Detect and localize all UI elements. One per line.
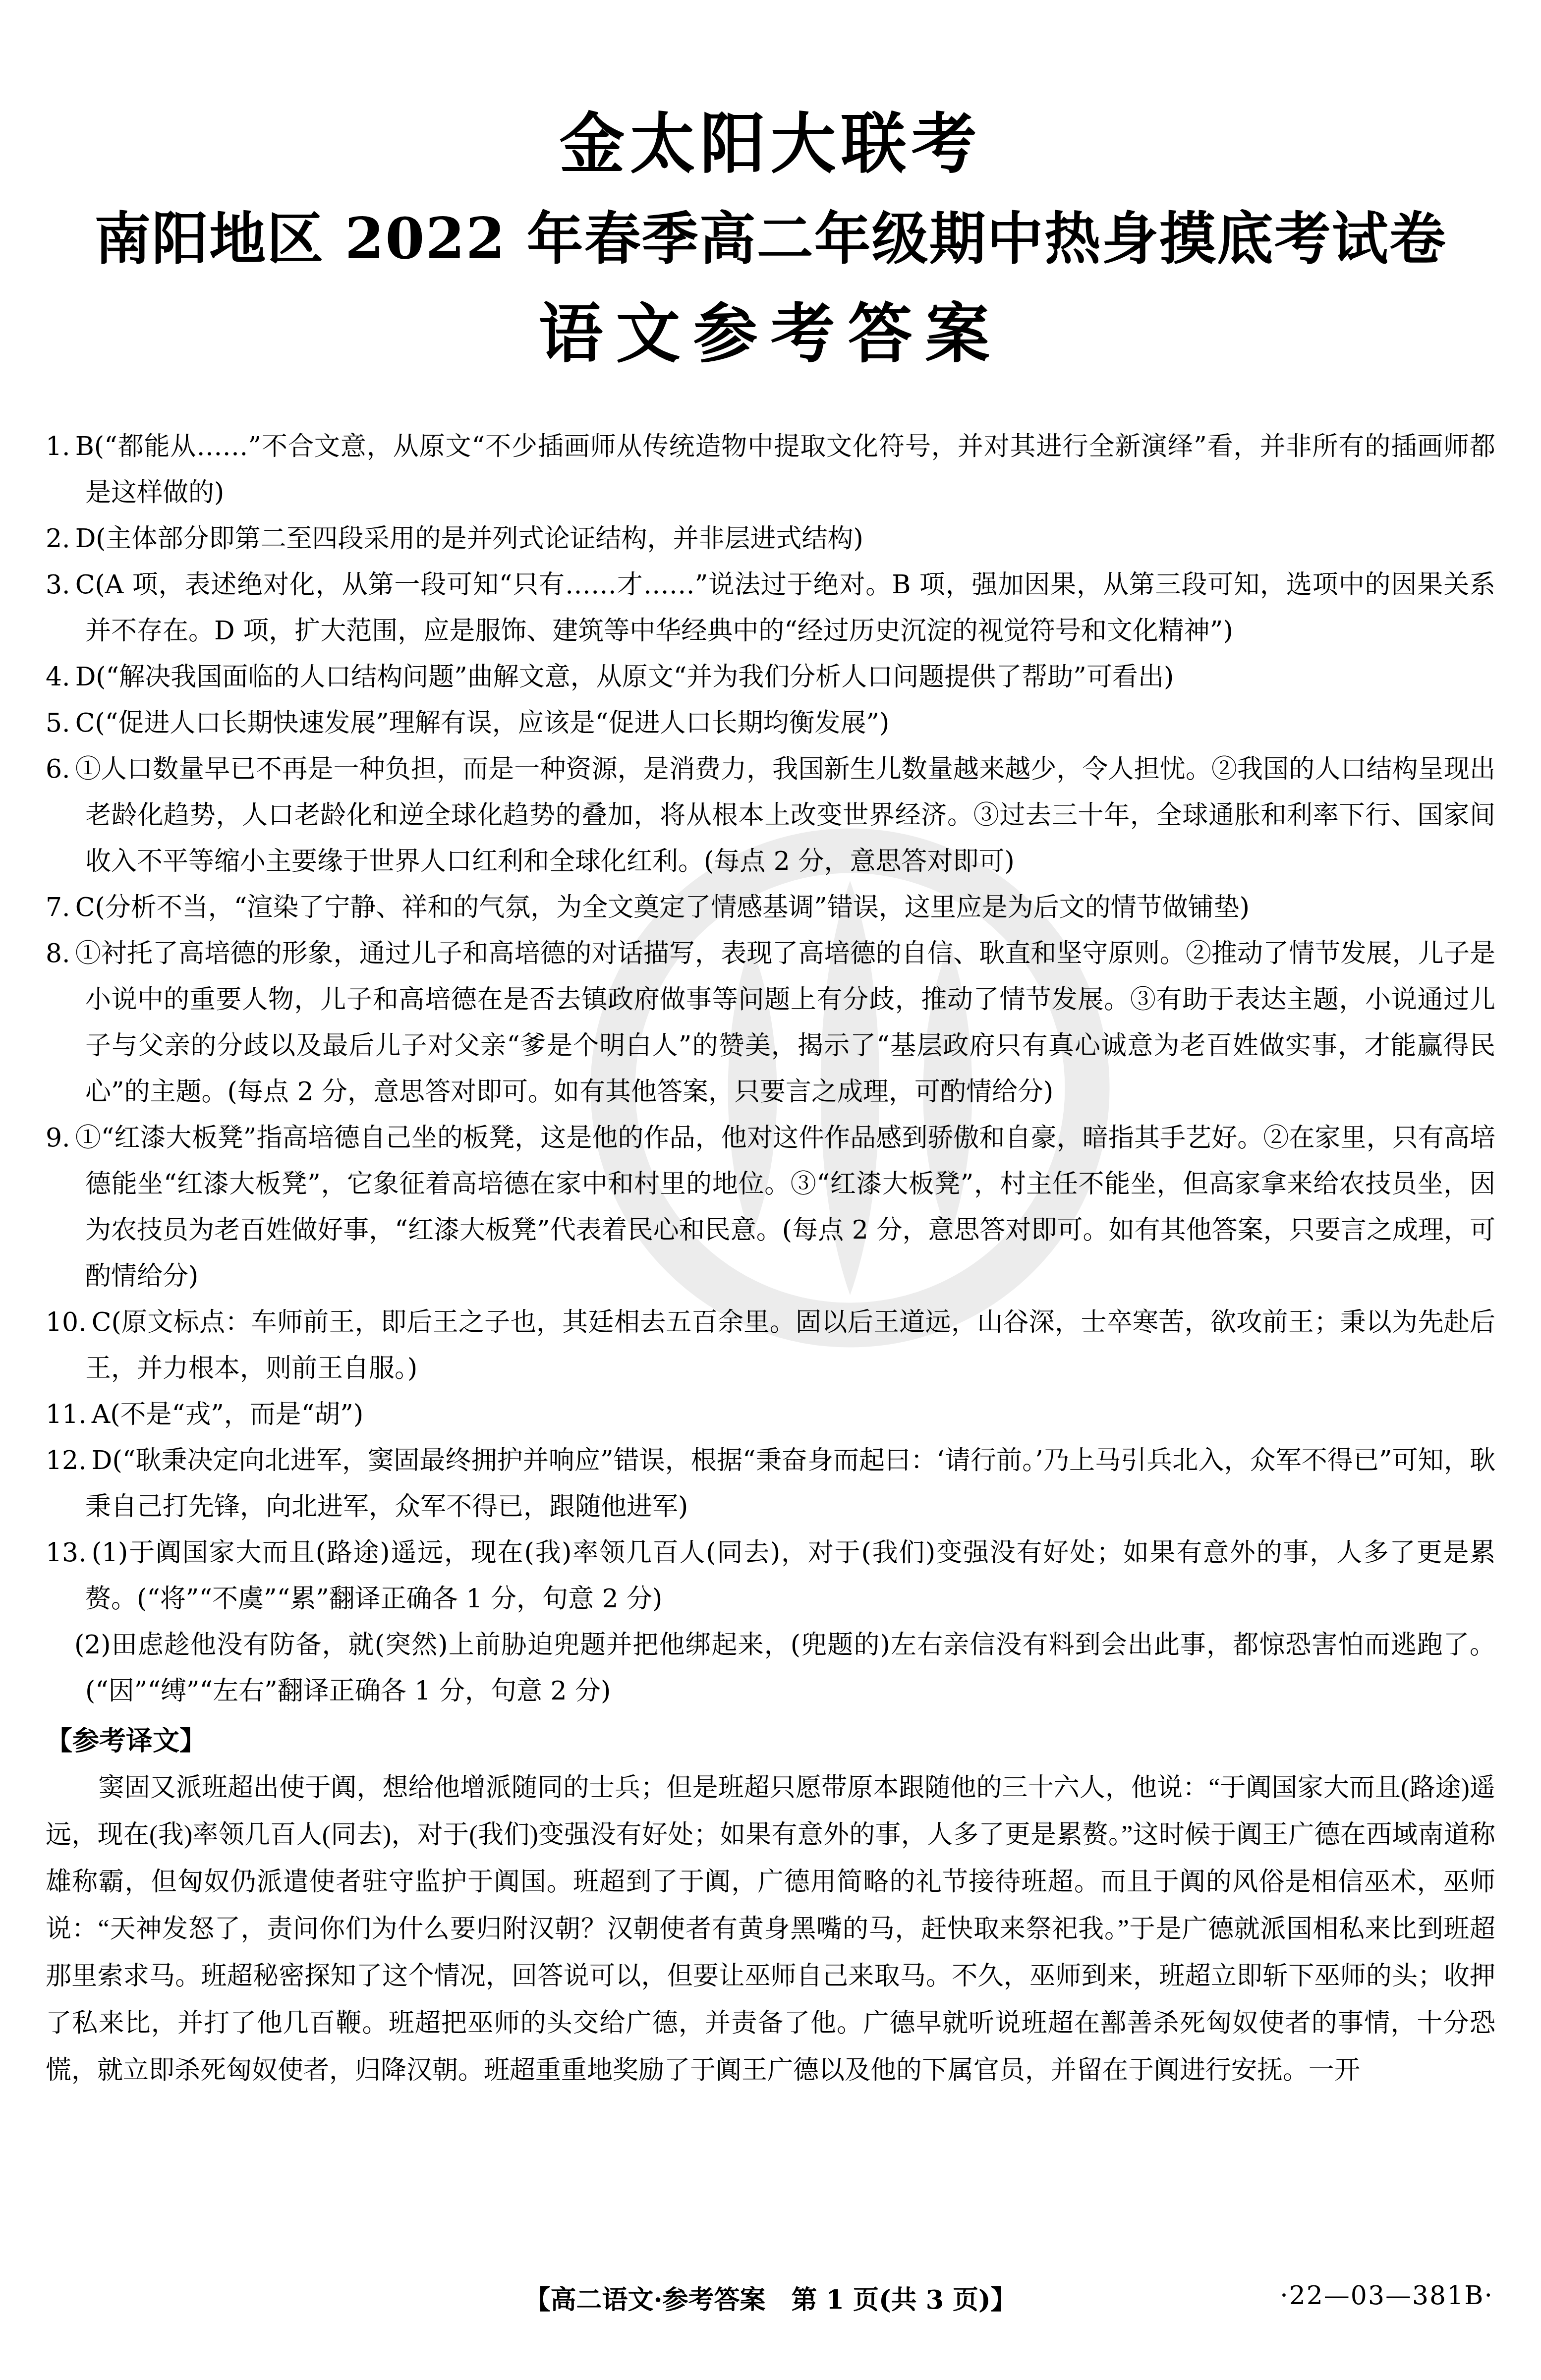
answer-number: 2. <box>46 524 75 554</box>
translation-paragraph: 窦固又派班超出使于阗，想给他增派随同的士兵；但是班超只愿带原本跟随他的三十六人，… <box>46 1764 1495 2094</box>
answer-text: C(原文标点：车师前王，即后王之子也，其廷相去五百余里。固以后王道远，山谷深，士… <box>85 1307 1495 1383</box>
answer-text: D(“解决我国面临的人口结构问题”曲解文意，从原文“并为我们分析人口问题提供了帮… <box>75 662 1174 692</box>
answer-item: 7.C(分析不当，“渲染了宁静、祥和的气氛，为全文奠定了情感基调”错误，这里应是… <box>46 885 1495 931</box>
answer-text: C(“促进人口长期快速发展”理解有误，应该是“促进人口长期均衡发展”) <box>75 708 890 738</box>
answer-item: 9.①“红漆大板凳”指高培德自己坐的板凳，这是他的作品，他对这件作品感到骄傲和自… <box>46 1115 1495 1300</box>
answer-item: 1.B(“都能从……”不合文意，从原文“不少插画师从传统造物中提取文化符号，并对… <box>46 424 1495 516</box>
answer-text: ①衬托了高培德的形象，通过儿子和高培德的对话描写，表现了高培德的自信、耿直和坚守… <box>75 939 1495 1107</box>
page-content: 金太阳大联考 南阳地区 2022 年春季高二年级期中热身摸底考试卷 语文参考答案… <box>0 0 1541 2094</box>
answer-item: 2.D(主体部分即第二至四段采用的是并列式论证结构，并非层进式结构) <box>46 516 1495 562</box>
answer-item: 3.C(A 项，表述绝对化，从第一段可知“只有……才……”说法过于绝对。B 项，… <box>46 562 1495 654</box>
answer-number: 6. <box>46 754 75 784</box>
translation-heading: 【参考译文】 <box>46 1717 1495 1764</box>
footer-page-info: 【高二语文·参考答案 第 1 页(共 3 页)】 <box>524 2279 1016 2316</box>
answer-text: C(A 项，表述绝对化，从第一段可知“只有……才……”说法过于绝对。B 项，强加… <box>75 570 1495 646</box>
answer-item: 12.D(“耿秉决定向北进军，窦固最终拥护并响应”错误，根据“秉奋身而起曰：‘请… <box>46 1438 1495 1530</box>
answer-text: ①人口数量早已不再是一种负担，而是一种资源，是消费力，我国新生儿数量越来越少，令… <box>75 754 1495 876</box>
answer-number: 12. <box>46 1446 92 1475</box>
brand-title: 金太阳大联考 <box>46 107 1495 182</box>
answer-text: D(“耿秉决定向北进军，窦固最终拥护并响应”错误，根据“秉奋身而起曰：‘请行前。… <box>85 1446 1495 1522</box>
answer-item: 6.①人口数量早已不再是一种负担，而是一种资源，是消费力，我国新生儿数量越来越少… <box>46 746 1495 885</box>
answer-item: 4.D(“解决我国面临的人口结构问题”曲解文意，从原文“并为我们分析人口问题提供… <box>46 654 1495 700</box>
title-block: 金太阳大联考 南阳地区 2022 年春季高二年级期中热身摸底考试卷 语文参考答案 <box>46 107 1495 370</box>
footer-code: ·22—03—381B· <box>1280 2281 1493 2311</box>
answer-number: 7. <box>46 893 75 922</box>
answer-number: 9. <box>46 1123 75 1153</box>
translation-section: 【参考译文】 窦固又派班超出使于阗，想给他增派随同的士兵；但是班超只愿带原本跟随… <box>46 1717 1495 2094</box>
answer-text: D(主体部分即第二至四段采用的是并列式论证结构，并非层进式结构) <box>75 524 863 554</box>
page-footer: 【高二语文·参考答案 第 1 页(共 3 页)】 ·22—03—381B· <box>0 2279 1541 2323</box>
exam-title: 南阳地区 2022 年春季高二年级期中热身摸底考试卷 <box>46 205 1495 273</box>
answer-number: 11. <box>46 1400 92 1429</box>
answer-number: 8. <box>46 939 75 968</box>
answer-text: A(不是“戎”，而是“胡”) <box>92 1400 363 1429</box>
answer-number: 4. <box>46 662 75 692</box>
answer-number: 5. <box>46 708 75 738</box>
answer-number: 3. <box>46 570 75 600</box>
answer-text: ①“红漆大板凳”指高培德自己坐的板凳，这是他的作品，他对这件作品感到骄傲和自豪，… <box>75 1123 1495 1291</box>
answer-sheet-page: 金太阳大联考 南阳地区 2022 年春季高二年级期中热身摸底考试卷 语文参考答案… <box>0 0 1541 2380</box>
answer-item: (2)田虑趁他没有防备，就(突然)上前胁迫兜题并把他绑起来，(兜题的)左右亲信没… <box>46 1622 1495 1714</box>
answer-item: 13.(1)于阗国家大而且(路途)遥远，现在(我)率领几百人(同去)，对于(我们… <box>46 1530 1495 1622</box>
answer-number: 10. <box>46 1307 92 1337</box>
answer-item: 10.C(原文标点：车师前王，即后王之子也，其廷相去五百余里。固以后王道远，山谷… <box>46 1300 1495 1392</box>
answer-item: 8.①衬托了高培德的形象，通过儿子和高培德的对话描写，表现了高培德的自信、耿直和… <box>46 931 1495 1115</box>
answer-number: 1. <box>46 432 75 461</box>
answer-item: 5.C(“促进人口长期快速发展”理解有误，应该是“促进人口长期均衡发展”) <box>46 700 1495 746</box>
answers-list: 1.B(“都能从……”不合文意，从原文“不少插画师从传统造物中提取文化符号，并对… <box>46 424 1495 1714</box>
answer-text: (1)于阗国家大而且(路途)遥远，现在(我)率领几百人(同去)，对于(我们)变强… <box>85 1538 1495 1614</box>
answer-item: 11.A(不是“戎”，而是“胡”) <box>46 1392 1495 1438</box>
answer-text: B(“都能从……”不合文意，从原文“不少插画师从传统造物中提取文化符号，并对其进… <box>75 432 1495 508</box>
answer-text: (2)田虑趁他没有防备，就(突然)上前胁迫兜题并把他绑起来，(兜题的)左右亲信没… <box>74 1630 1495 1706</box>
answer-text: C(分析不当，“渲染了宁静、祥和的气氛，为全文奠定了情感基调”错误，这里应是为后… <box>75 893 1250 922</box>
subject-title: 语文参考答案 <box>46 296 1495 371</box>
answer-number: 13. <box>46 1538 92 1568</box>
